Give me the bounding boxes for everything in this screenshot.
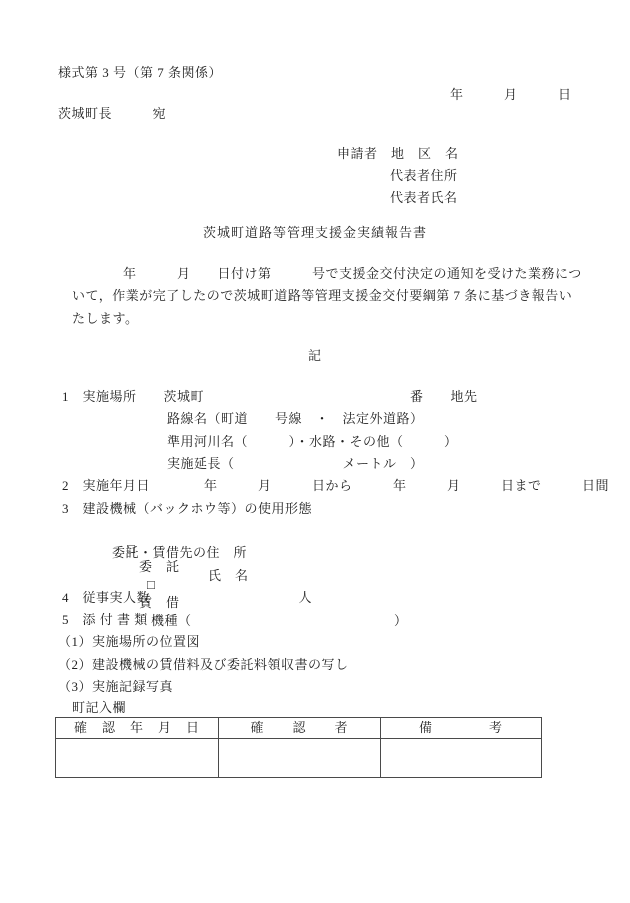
machine-type-label: 機種（ ） (151, 612, 408, 630)
date-line: 年 月 日 (450, 86, 572, 104)
item1-lot-suffix: 番 地先 (410, 388, 478, 406)
body-line-3: たします。 (72, 310, 138, 328)
header-remarks: 備 考 (381, 718, 542, 739)
body-line-2: いて，作業が完了したので茨城町道路等管理支援金交付要綱第 7 条に基づき報告い (72, 287, 572, 305)
town-entry-table: 確 認 年 月 日 確 認 者 備 考 (55, 717, 542, 778)
applicant-name-line: 代表者氏名 (390, 189, 458, 207)
table-row (56, 739, 542, 778)
document-title: 茨城町道路等管理支援金実績報告書 (0, 224, 630, 242)
item1-location-line: 1 実施場所 茨城町 (62, 388, 204, 406)
report-form-page: 様式第 3 号（第 7 条関係） 年 月 日 茨城町長 宛 申請者 地 区 名 … (0, 0, 630, 903)
attachment-1: （1）実施場所の位置図 (58, 633, 200, 651)
table-header-row: 確 認 年 月 日 確 認 者 備 考 (56, 718, 542, 739)
cell-confirmer (219, 739, 381, 778)
item1-river-line: 準用河川名（ ）・水路・その他（ ） (167, 433, 458, 451)
header-confirmation-date: 確 認 年 月 日 (56, 718, 219, 739)
cell-confirmation-date (56, 739, 219, 778)
item5-attachments-heading: 5 添 付 書 類 (62, 611, 148, 629)
attachment-3: （3）実施記録写真 (58, 678, 173, 696)
item1-length-line: 実施延長（ メートル ） (167, 455, 424, 473)
item3-contractor-address-line: 委託・賃借先の住 所 (112, 544, 247, 562)
applicant-address-line: 代表者住所 (390, 167, 458, 185)
item3-machinery-line: 3 建設機械（バックホウ等）の使用形態 (62, 500, 312, 518)
item1-route-line: 路線名（町道 号線 ・ 法定外道路） (167, 410, 424, 428)
form-number: 様式第 3 号（第 7 条関係） (58, 64, 222, 82)
cell-remarks (381, 739, 542, 778)
header-confirmer: 確 認 者 (219, 718, 381, 739)
item2-period-line: 2 実施年月日 年 月 日から 年 月 日まで 日間 (62, 477, 609, 495)
attachment-2: （2）建設機械の賃借料及び委託料領収書の写し (58, 656, 349, 674)
body-line-1: 年 月 日付け第 号で支援金交付決定の通知を受けた業務につ (123, 265, 582, 283)
addressee-line: 茨城町長 宛 (58, 105, 166, 123)
item3-options-line: □ 委 託 □ 賃 借 機種（ ） (112, 522, 408, 648)
item4-workers-line: 4 従事実人数 人 (62, 589, 312, 607)
applicant-district-line: 申請者 地 区 名 (337, 145, 459, 163)
ki-marker: 記 (0, 347, 630, 365)
item3-contractor-name-line: 氏 名 (208, 567, 249, 585)
town-entry-label: 町記入欄 (72, 699, 126, 717)
